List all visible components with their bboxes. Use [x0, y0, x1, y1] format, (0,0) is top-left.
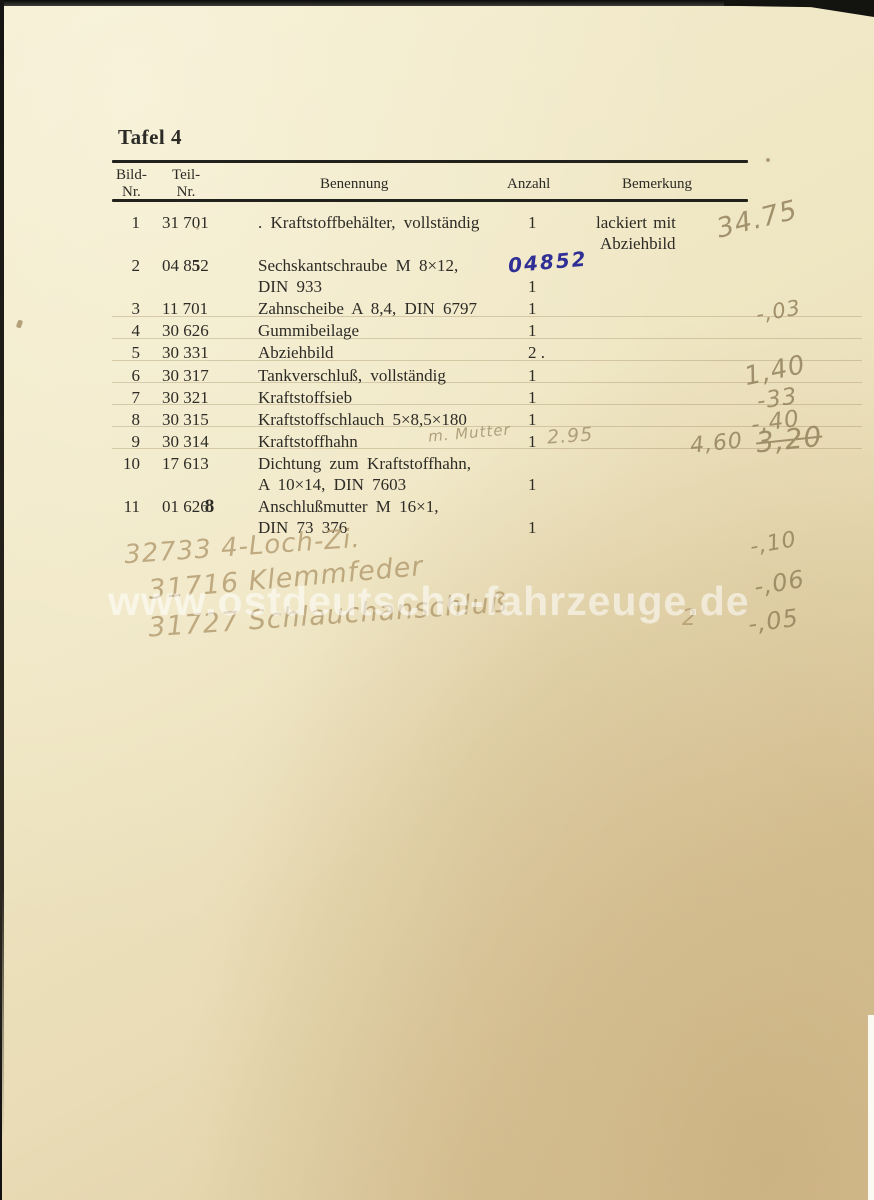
- paper-speck: [196, 227, 199, 230]
- cell-benennung: Kraftstoffhahn: [258, 431, 358, 452]
- cell-bemerkung: lackiert mit: [596, 212, 676, 233]
- cell-benennung: Kraftstoffsieb: [258, 387, 352, 408]
- cell-anzahl: 1: [528, 387, 537, 408]
- cell-teil-nr: 17 613: [162, 453, 209, 474]
- cell-benennung: Sechskantschraube M 8×12,: [258, 255, 458, 276]
- cell-anzahl: 1: [528, 517, 537, 538]
- cell-benennung-line2: A 10×14, DIN 7603: [258, 474, 406, 495]
- cell-teil-nr: 01 6268: [162, 496, 214, 517]
- scan-edge-right: [868, 1015, 874, 1200]
- cell-bild-nr: 5: [106, 342, 140, 363]
- cell-anzahl: 1: [528, 276, 537, 297]
- cell-benennung-line2: DIN 933: [258, 276, 322, 297]
- table-row: 11 01 6268 Anschlußmutter M 16×1, DIN 73…: [0, 496, 874, 540]
- cell-bild-nr: 4: [106, 320, 140, 341]
- cell-benennung: Abziehbild: [258, 342, 334, 363]
- col-header-anzahl: Anzahl: [507, 176, 550, 193]
- cell-teil-nr: 30 314: [162, 431, 209, 452]
- cell-benennung: Gummibeilage: [258, 320, 359, 341]
- cell-teil-nr: 30 331: [162, 342, 209, 363]
- ink-correction-digit: 5: [192, 256, 201, 275]
- cell-teil-nr: 30 315: [162, 409, 209, 430]
- cell-bild-nr: 11: [106, 496, 140, 517]
- pencil-price-row9-b: 3,20: [754, 420, 823, 460]
- cell-teil-nr: 30 626: [162, 320, 209, 341]
- cell-bemerkung-line2: Abziehbild: [600, 233, 676, 254]
- cell-bild-nr: 2: [106, 255, 140, 276]
- cell-teil-nr: 30 321: [162, 387, 209, 408]
- paper-speck: [766, 158, 770, 162]
- cell-benennung: Anschlußmutter M 16×1,: [258, 496, 439, 517]
- site-watermark: www.ostdeutsche-fahrzeuge.de: [108, 578, 750, 625]
- cell-anzahl: 1: [528, 431, 537, 452]
- col-header-benennung: Benennung: [320, 176, 388, 193]
- cell-bild-nr: 10: [106, 453, 140, 474]
- cell-benennung: Dichtung zum Kraftstoffhahn,: [258, 453, 471, 474]
- table-rule-bottom: [112, 199, 748, 202]
- cell-anzahl: 1: [528, 474, 537, 495]
- cell-anzahl: 1: [528, 298, 537, 319]
- col-header-bild-nr: Bild-Nr.: [116, 167, 147, 201]
- cell-teil-nr: 11 701: [162, 298, 208, 319]
- cell-bild-nr: 3: [106, 298, 140, 319]
- ink-added-digit: 8: [205, 496, 215, 517]
- cell-bild-nr: 1: [106, 212, 140, 233]
- cell-anzahl: 1: [528, 365, 537, 386]
- pencil-price-row9-inline: 2.95: [546, 423, 594, 448]
- page-title: Tafel 4: [118, 127, 182, 148]
- cell-anzahl: 1: [528, 320, 537, 341]
- cell-anzahl: 2 .: [528, 342, 545, 363]
- table-rule-top: [112, 160, 748, 163]
- col-header-teil-nr: Teil-Nr.: [172, 167, 200, 201]
- cell-bild-nr: 9: [106, 431, 140, 452]
- scan-edge-left: [0, 0, 4, 1140]
- cell-bild-nr: 8: [106, 409, 140, 430]
- table-row: 2 04 852 Sechskantschraube M 8×12, DIN 9…: [0, 255, 874, 299]
- col-header-bemerkung: Bemerkung: [622, 176, 692, 193]
- cell-anzahl: 1: [528, 409, 537, 430]
- cell-anzahl: 1: [528, 212, 537, 233]
- cell-benennung: Tankverschluß, vollständig: [258, 365, 446, 386]
- table-row: 10 17 613 Dichtung zum Kraftstoffhahn, A…: [0, 453, 874, 497]
- cell-teil-nr: 31 701: [162, 212, 209, 233]
- cell-benennung: . Kraftstoffbehälter, vollständig: [258, 212, 479, 233]
- cell-bild-nr: 6: [106, 365, 140, 386]
- cell-teil-nr: 30 317: [162, 365, 209, 386]
- cell-teil-nr: 04 852: [162, 255, 209, 276]
- cell-bild-nr: 7: [106, 387, 140, 408]
- cell-benennung: Zahnscheibe A 8,4, DIN 6797: [258, 298, 477, 319]
